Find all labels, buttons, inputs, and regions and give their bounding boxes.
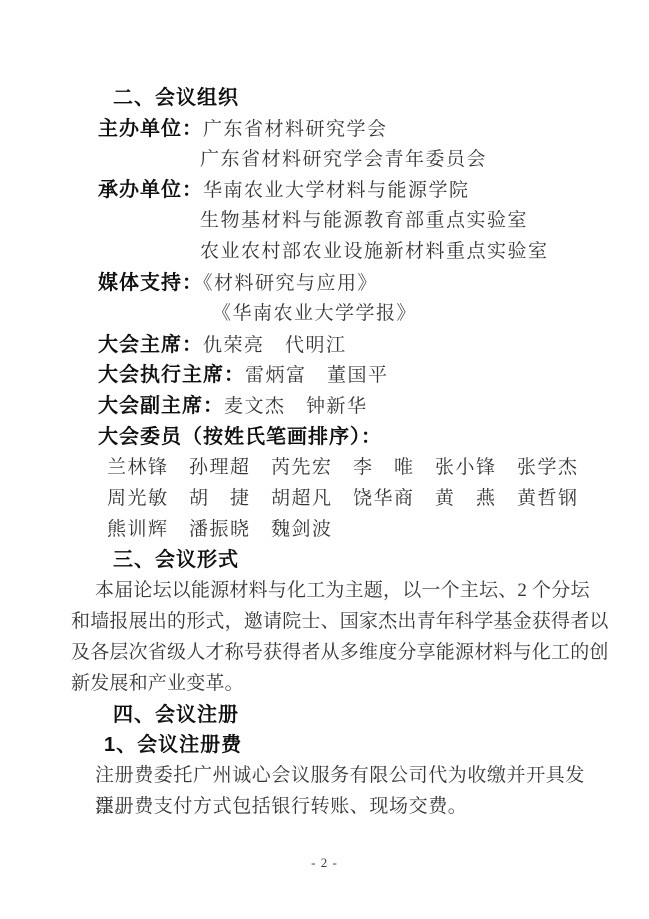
undertaker-continuation-2: 农业农村部农业设施新材料重点实验室 bbox=[200, 237, 611, 268]
section3-paragraph-line-1: 本届论坛以能源材料与化工为主题，以一个主坛、2 个分坛 bbox=[95, 576, 611, 607]
section3-paragraph-line-2: 和墙报展出的形式，邀请院士、国家杰出青年科学基金获得者以 bbox=[71, 607, 611, 638]
committee-label: 大会委员（按姓氏笔画排序）： bbox=[98, 426, 382, 448]
conference-chair-line: 大会主席：仇荣亮 代明江 bbox=[98, 330, 611, 361]
section3-heading: 三、会议形式 bbox=[113, 545, 611, 576]
section4-paragraph-line-2: 注册费支付方式包括银行转账、现场交费。 bbox=[95, 792, 611, 823]
conference-chair-value: 仇荣亮 代明江 bbox=[203, 335, 347, 356]
section3-paragraph-line-4: 新发展和产业变革。 bbox=[71, 669, 611, 700]
media-support-value: 《材料研究与应用》 bbox=[203, 273, 378, 294]
vice-chair-label: 大会副主席： bbox=[98, 395, 224, 417]
executive-chair-label: 大会执行主席： bbox=[98, 364, 245, 386]
vice-chair-line: 大会副主席：麦文杰 钟新华 bbox=[98, 391, 611, 422]
committee-row-2: 周光敏 胡 捷 胡超凡 饶华商 黄 燕 黄哲钢 bbox=[107, 484, 611, 515]
document-content: 二、会议组织 主办单位：广东省材料研究学会 广东省材料研究学会青年委员会 承办单… bbox=[71, 83, 611, 823]
section2-heading: 二、会议组织 bbox=[113, 83, 611, 114]
media-support-continuation: 《华南农业大学学报》 bbox=[212, 299, 611, 330]
committee-row-1: 兰林锋 孙理超 芮先宏 李 唯 张小锋 张学杰 bbox=[107, 453, 611, 484]
executive-chair-value: 雷炳富 董国平 bbox=[245, 365, 389, 386]
section4-subheading: 1、会议注册费 bbox=[104, 730, 611, 761]
committee-label-line: 大会委员（按姓氏笔画排序）： bbox=[98, 422, 611, 453]
organizer-value: 广东省材料研究学会 bbox=[203, 119, 388, 140]
committee-row-3: 熊训辉 潘振晓 魏剑波 bbox=[107, 515, 611, 546]
conference-chair-label: 大会主席： bbox=[98, 334, 203, 356]
section3-paragraph-line-3: 及各层次省级人才称号获得者从多维度分享能源材料与化工的创 bbox=[71, 638, 611, 669]
media-support-label: 媒体支持： bbox=[98, 272, 203, 294]
undertaker-line: 承办单位：华南农业大学材料与能源学院 bbox=[98, 175, 611, 206]
organizer-continuation: 广东省材料研究学会青年委员会 bbox=[200, 145, 611, 176]
media-support-line: 媒体支持：《材料研究与应用》 bbox=[98, 268, 611, 299]
organizer-label: 主办单位： bbox=[98, 118, 203, 140]
document-page: 二、会议组织 主办单位：广东省材料研究学会 广东省材料研究学会青年委员会 承办单… bbox=[0, 0, 649, 919]
executive-chair-line: 大会执行主席：雷炳富 董国平 bbox=[98, 360, 611, 391]
vice-chair-value: 麦文杰 钟新华 bbox=[224, 396, 368, 417]
page-number: - 2 - bbox=[0, 855, 649, 871]
undertaker-value: 华南农业大学材料与能源学院 bbox=[203, 180, 470, 201]
undertaker-label: 承办单位： bbox=[98, 179, 203, 201]
undertaker-continuation-1: 生物基材料与能源教育部重点实验室 bbox=[200, 206, 611, 237]
section4-paragraph-line-1: 注册费委托广州诚心会议服务有限公司代为收缴并开具发票。 bbox=[95, 761, 611, 792]
section4-heading: 四、会议注册 bbox=[113, 700, 611, 731]
organizer-line: 主办单位：广东省材料研究学会 bbox=[98, 114, 611, 145]
